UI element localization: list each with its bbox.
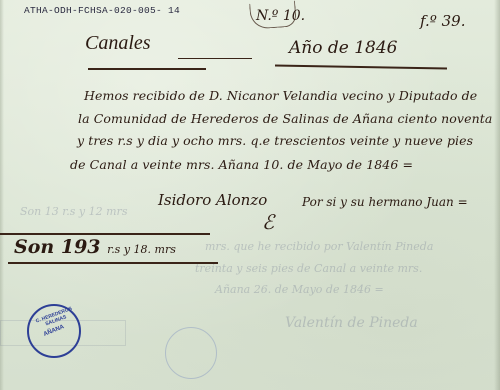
document-number: N.º 10. <box>256 8 305 24</box>
sum-detail: r.s y 18. mrs <box>107 243 176 256</box>
bleed-through-signature: Valentín de Pineda <box>285 315 418 331</box>
bleed-through-note: Son 13 r.s y 12 mrs <box>20 205 127 218</box>
bleed-through-line: mrs. que he recibido por Valentín Pineda <box>205 240 433 253</box>
archive-reference-code: ATHA-ODH-FCHSA-020-005- 14 <box>24 5 180 16</box>
archive-stamp: C. HEREDEROS SALINAS AÑANA <box>27 304 81 358</box>
body-line: de Canal a veinte mrs. Añana 10. de Mayo… <box>70 157 413 172</box>
body-line: la Comunidad de Herederos de Salinas de … <box>78 111 492 126</box>
sum-bottom-line <box>8 262 218 264</box>
body-line: Hemos recibido de D. Nicanor Velandia ve… <box>84 88 477 103</box>
year-underline <box>275 64 447 69</box>
title-dash <box>178 58 252 59</box>
document-year: Año de 1846 <box>289 38 397 58</box>
document-title: Canales <box>85 32 151 55</box>
title-underline <box>88 68 206 70</box>
bleed-through-stamp <box>165 327 217 379</box>
signature-suffix: Por si y su hermano Juan = <box>302 195 468 209</box>
sum-amount: 193 <box>61 236 101 258</box>
document-page: Son 13 r.s y 12 mrs mrs. que he recibido… <box>0 0 500 390</box>
sum-top-line <box>0 233 210 235</box>
sum-label: Son <box>14 236 54 258</box>
signature-name: Isidoro Alonzo <box>158 191 267 209</box>
sum-total: Son 193 r.s y 18. mrs <box>14 236 176 258</box>
bleed-through-line: Añana 26. de Mayo de 1846 = <box>215 283 384 296</box>
body-line: y tres r.s y dia y ocho mrs. q.e trescie… <box>77 133 473 148</box>
signature-flourish-icon: ℰ <box>262 210 274 234</box>
bleed-through-line: treinta y seis pies de Canal a veinte mr… <box>195 262 422 275</box>
folio-number: f.º 39. <box>420 12 465 30</box>
page-edge-right <box>494 0 500 390</box>
